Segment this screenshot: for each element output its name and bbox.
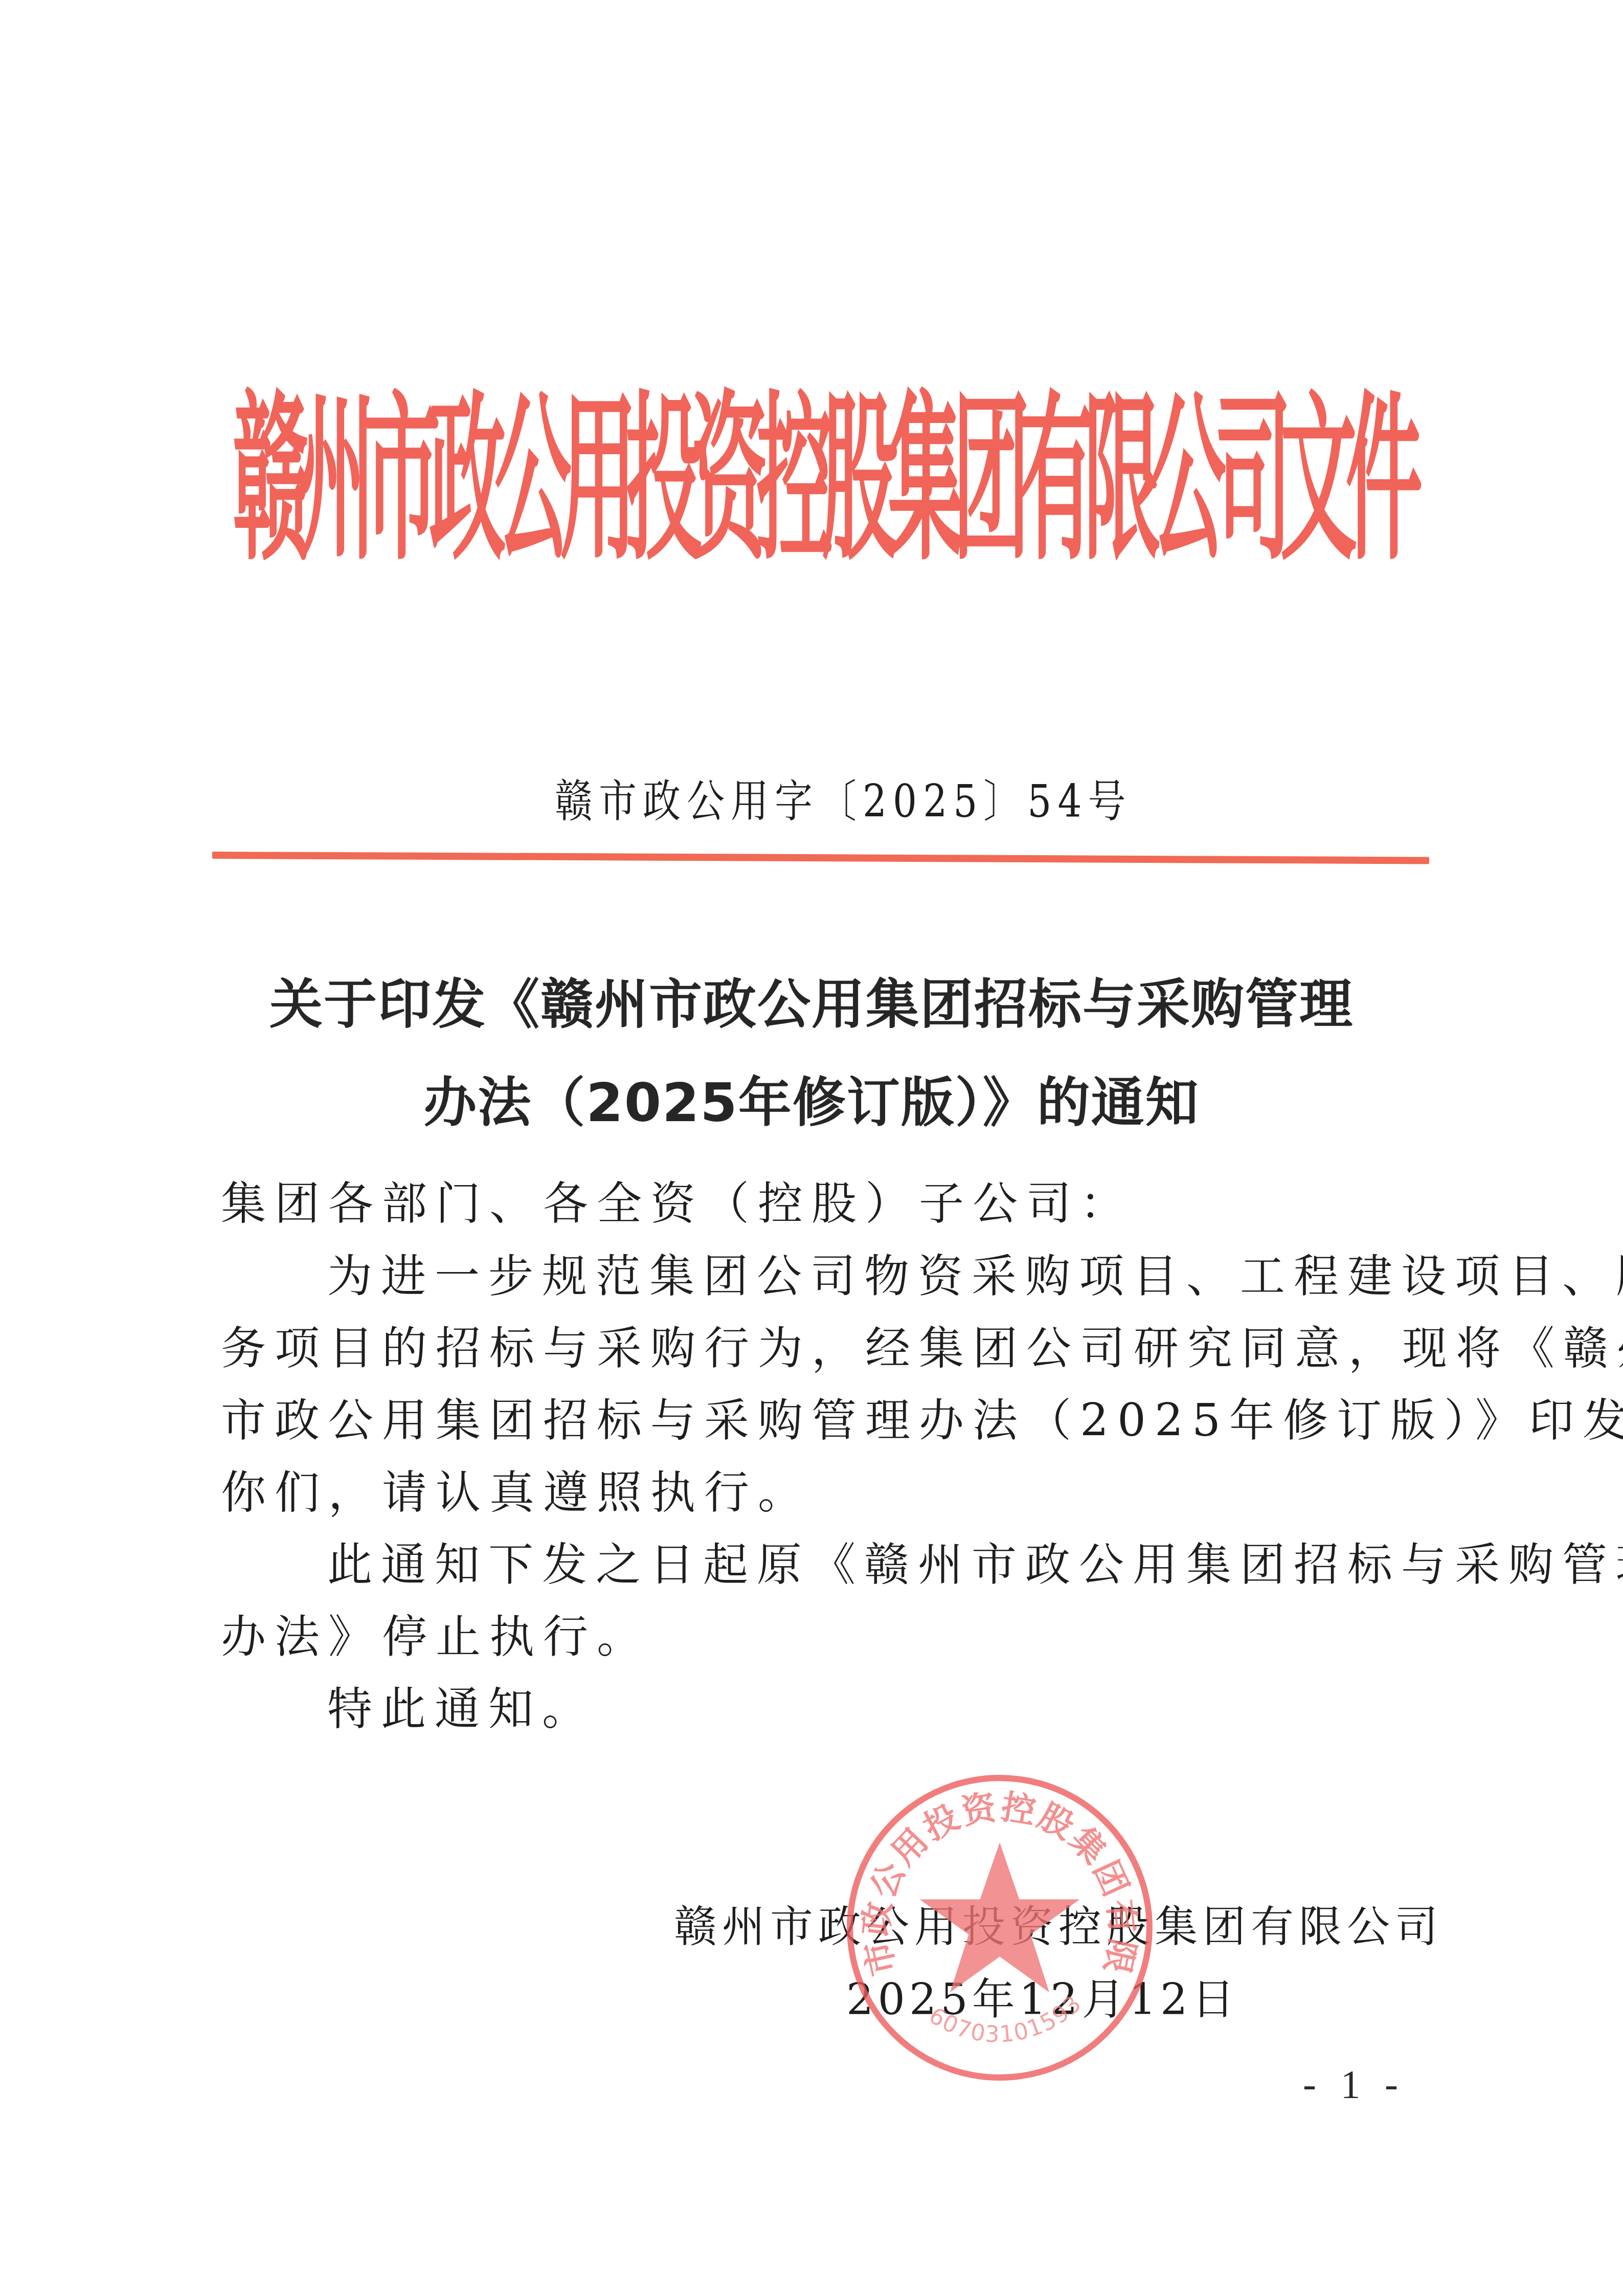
masthead-character: 市 — [364, 391, 429, 571]
masthead-character: 用 — [560, 391, 625, 571]
document-number: 赣市政公用字〔2025〕54号 — [555, 766, 1132, 827]
paragraph-1-line: 务项目的招标与采购行为，经集团公司研究同意，现将《赣州 — [221, 1320, 1412, 1376]
closing-line: 特此通知。 — [327, 1681, 1412, 1737]
masthead-character: 件 — [1346, 391, 1411, 571]
masthead-character: 集 — [887, 391, 953, 571]
masthead-character: 州 — [298, 391, 364, 571]
masthead-title: 赣州市政公用投资控股集团有限公司文件 — [233, 389, 1411, 573]
document-page: 赣州市政公用投资控股集团有限公司文件 赣市政公用字〔2025〕54号 关于印发《… — [0, 0, 1623, 2296]
masthead-character: 限 — [1084, 391, 1149, 571]
masthead-character: 股 — [822, 391, 887, 571]
paragraph-1-line: 市政公用集团招标与采购管理办法（2025年修订版）》印发给 — [221, 1392, 1412, 1448]
masthead-character: 投 — [625, 391, 691, 571]
masthead-character: 有 — [1019, 391, 1084, 571]
masthead-character: 文 — [1280, 391, 1346, 571]
notice-title-line-2: 办法（2025年修订版）》的通知 — [0, 1060, 1623, 1136]
masthead-character: 公 — [494, 391, 560, 571]
page-number: - 1 - — [1303, 2061, 1405, 2107]
notice-title-line-1: 关于印发《赣州市政公用集团招标与采购管理 — [0, 962, 1623, 1038]
paragraph-1-line: 为进一步规范集团公司物资采购项目、工程建设项目、服 — [327, 1248, 1412, 1304]
masthead-character: 公 — [1149, 391, 1215, 571]
masthead-character: 控 — [756, 391, 822, 571]
masthead-character: 赣 — [233, 391, 298, 571]
masthead-character: 团 — [953, 391, 1019, 571]
salutation: 集团各部门、各全资（控股）子公司： — [221, 1175, 1412, 1232]
red-separator-rule — [212, 852, 1429, 864]
masthead-character: 政 — [429, 391, 494, 571]
paragraph-1-line: 你们，请认真遵照执行。 — [221, 1464, 1412, 1521]
signing-organization: 赣州市政公用投资控股集团有限公司 — [674, 1892, 1443, 1954]
paragraph-2-line: 此通知下发之日起原《赣州市政公用集团招标与采购管理 — [327, 1536, 1412, 1593]
paragraph-2-line: 办法》停止执行。 — [221, 1609, 1412, 1665]
masthead-character: 资 — [691, 391, 756, 571]
signing-date: 2025年12月12日 — [846, 1965, 1239, 2027]
masthead-character: 司 — [1215, 391, 1280, 571]
